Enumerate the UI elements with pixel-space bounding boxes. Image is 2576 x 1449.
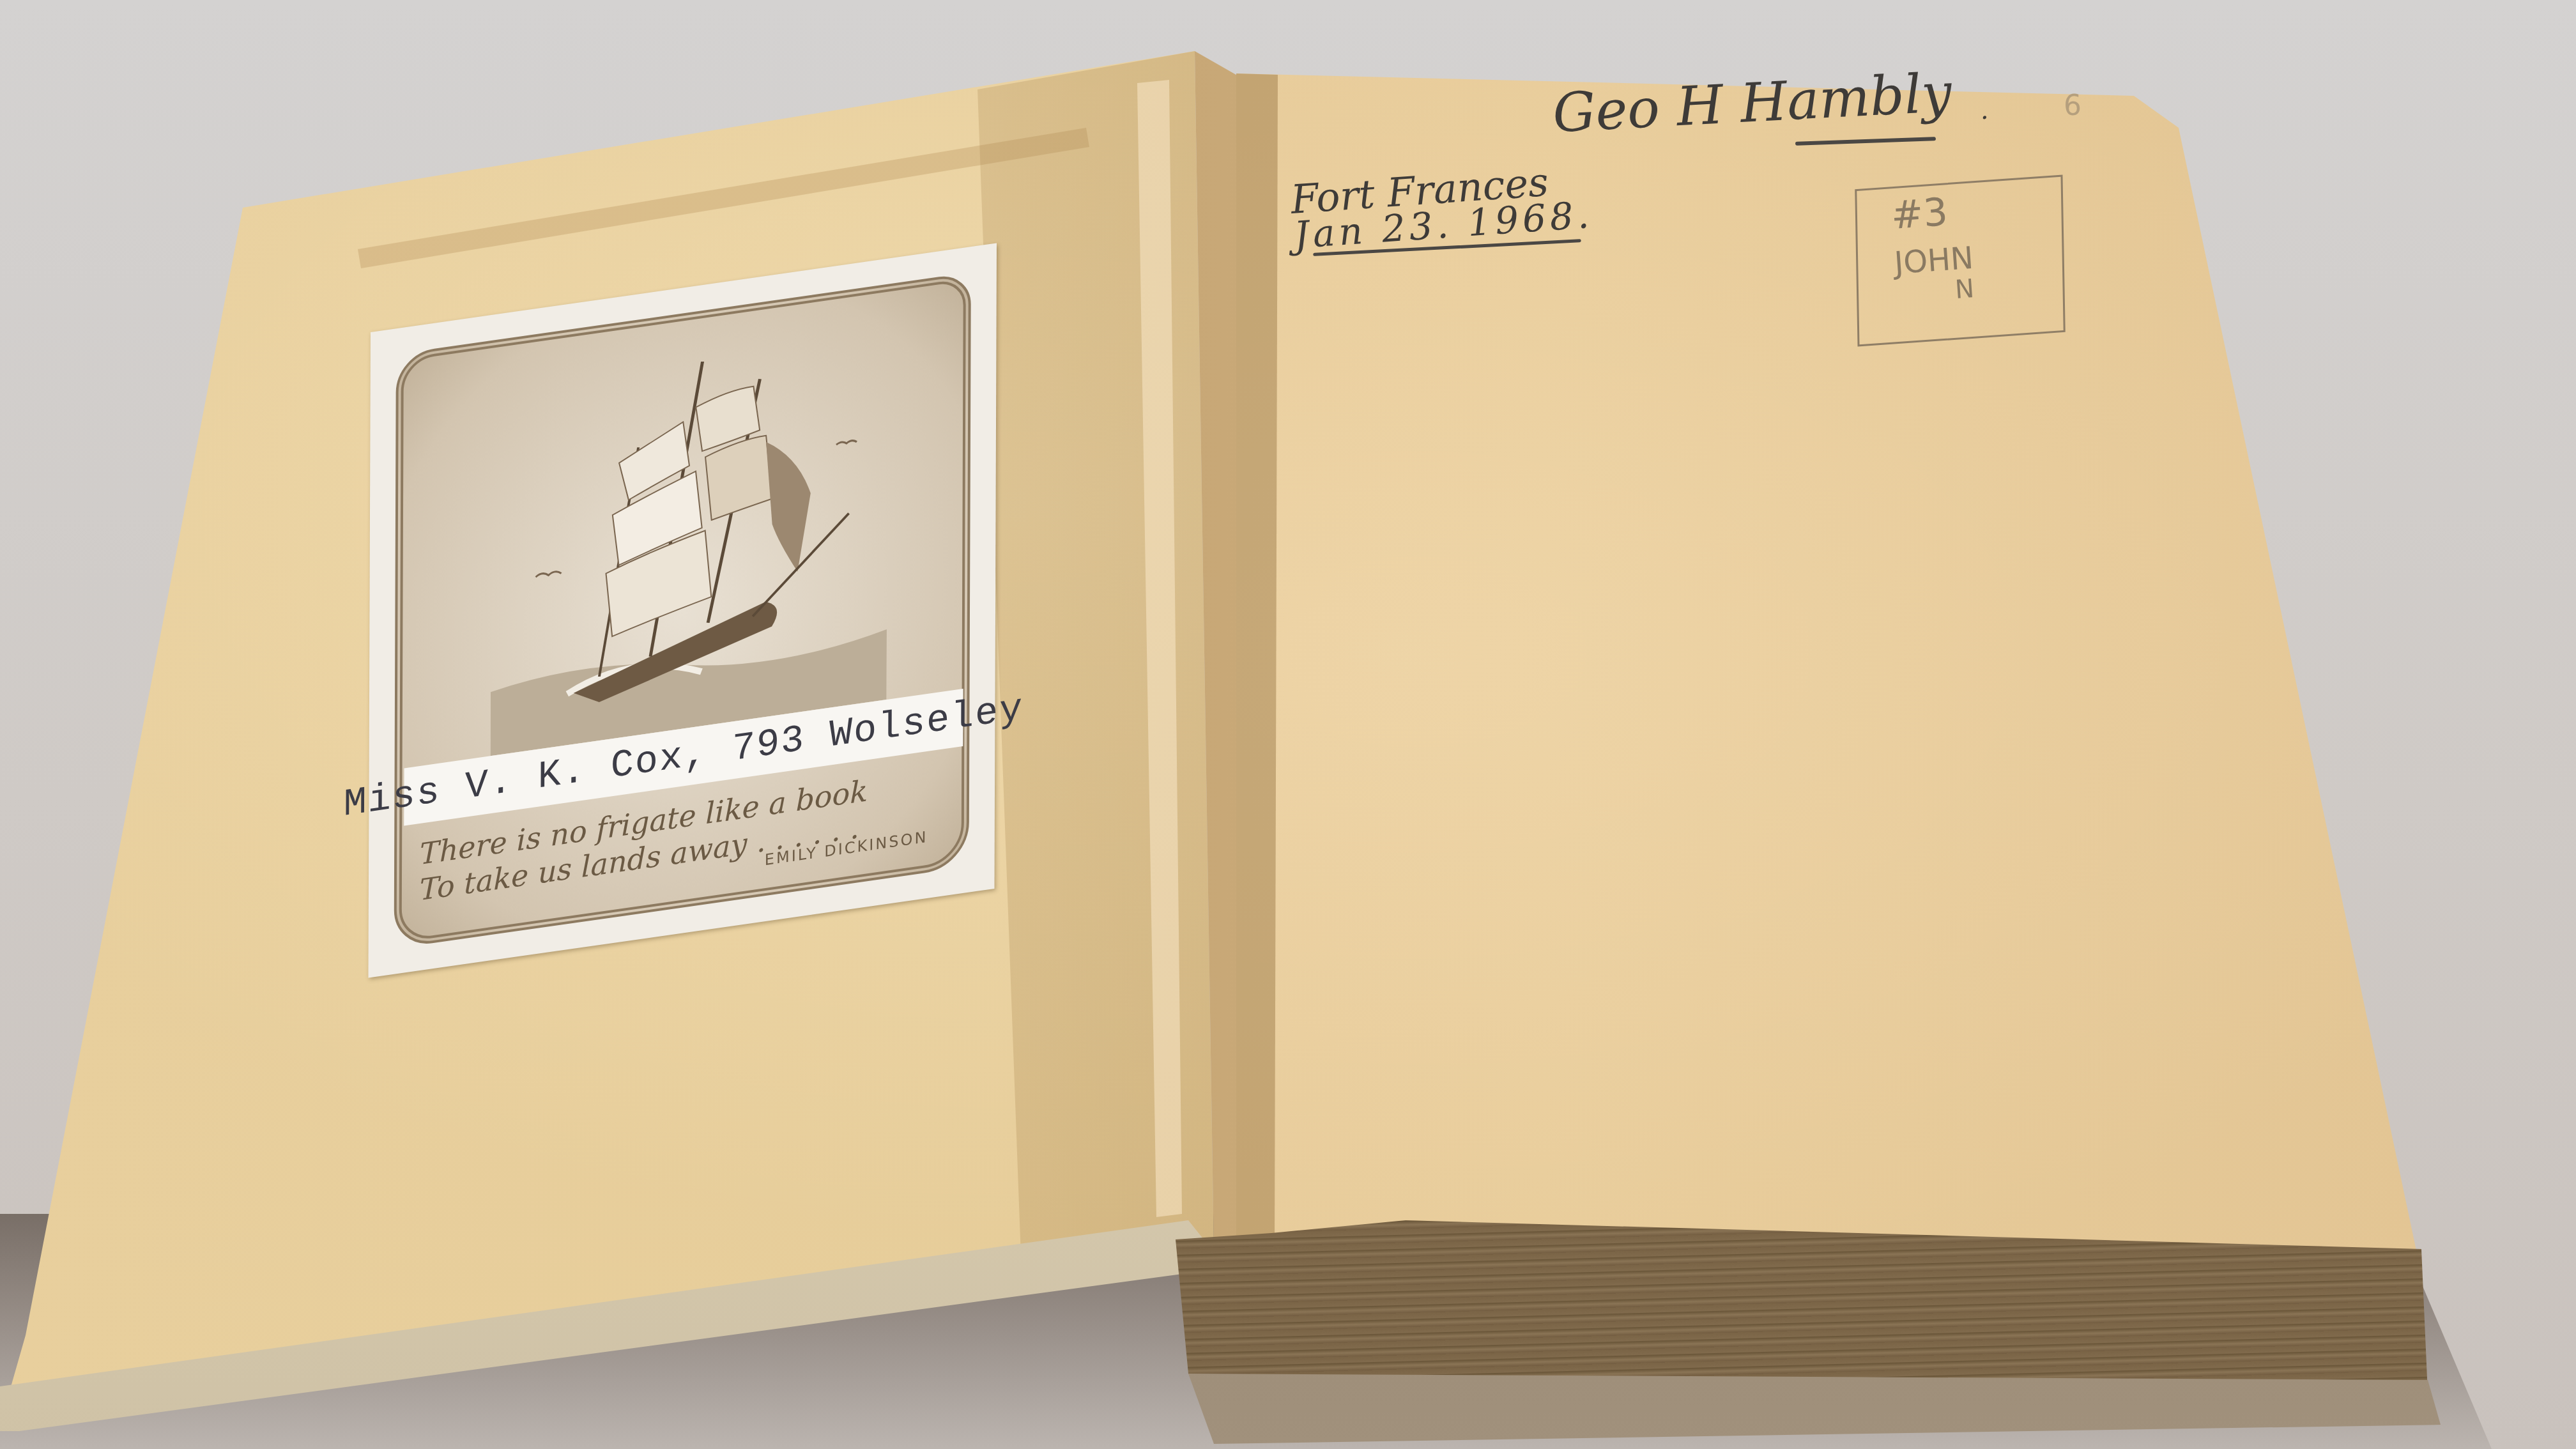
pencil-initial: N: [1954, 274, 1975, 305]
pencil-number: #3: [1890, 190, 1949, 238]
sailing-ship-icon: [491, 316, 888, 756]
signature-dot: .: [1981, 96, 1989, 125]
bookplate: Miss V. K. Cox, 793 Wolseley There is no…: [368, 243, 997, 977]
corner-pencil-mark: 6: [2064, 89, 2081, 122]
